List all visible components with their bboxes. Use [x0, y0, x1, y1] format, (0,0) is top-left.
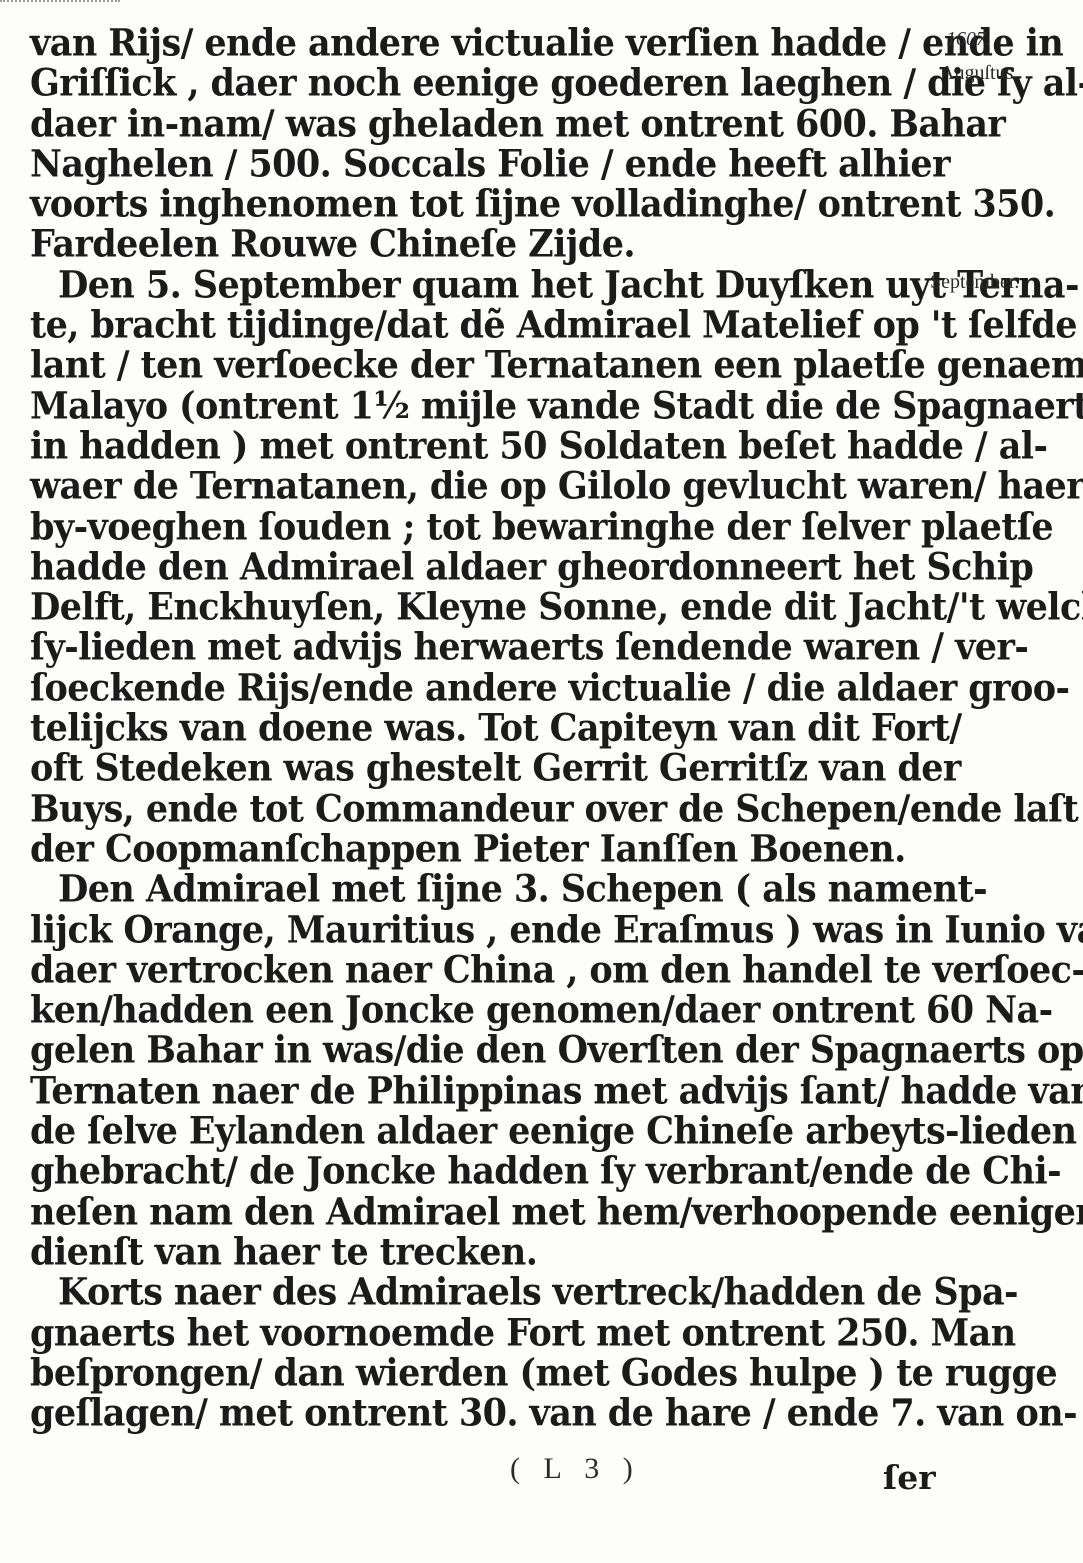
text-line: ſy-lieden met advijs herwaerts ſendende …	[30, 626, 930, 670]
text-line: Naghelen / 500. Soccals Folie / ende hee…	[30, 143, 930, 187]
text-line: lijck Orange, Mauritius , ende Eraſmus )…	[30, 909, 930, 953]
text-line: ſoeckende Rijs/ende andere victualie / d…	[30, 667, 930, 711]
signature-mark: ( L 3 )	[510, 1452, 641, 1486]
text-line: voorts inghenomen tot ſijne volladinghe/…	[30, 183, 930, 227]
text-line: neſen nam den Admirael met hem/verhoopen…	[30, 1191, 930, 1235]
paragraph-start-line: Den 5. September quam het Jacht Duyſken …	[30, 264, 930, 308]
body-text: van Rijs/ ende andere victualie verſien …	[30, 22, 930, 1432]
text-line: Malayo (ontrent 1½ mijle vande Stadt die…	[30, 385, 930, 429]
paragraph-start-line: Den Admirael met ſijne 3. Schepen ( als …	[30, 868, 930, 912]
text-line: lant / ten verſoecke der Ternatanen een …	[30, 344, 930, 388]
text-line: der Coopmanſchappen Pieter Ianſſen Boene…	[30, 828, 930, 872]
text-line: Buys, ende tot Commandeur over de Schepe…	[30, 788, 930, 832]
text-line: Ternaten naer de Philippinas met advijs …	[30, 1070, 930, 1114]
text-line: geſlagen/ met ontrent 30. van de hare / …	[30, 1392, 930, 1436]
text-line: Delft, Enckhuyſen, Kleyne Sonne, ende di…	[30, 586, 930, 630]
text-line: by-voeghen ſouden ; tot bewaringhe der ſ…	[30, 506, 930, 550]
page-top-edge	[0, 0, 120, 6]
paragraph-start-line: Korts naer des Admiraels vertreck/hadden…	[30, 1271, 930, 1315]
text-line: van Rijs/ ende andere victualie verſien …	[30, 22, 930, 66]
text-line: hadde den Admirael aldaer gheordonneert …	[30, 546, 930, 590]
text-line: dienſt van haer te trecken.	[30, 1231, 930, 1275]
text-line: gelen Bahar in was/die den Overſten der …	[30, 1029, 930, 1073]
text-line: daer vertrocken naer China , om den hand…	[30, 949, 930, 993]
catchword: ſer	[883, 1458, 936, 1497]
text-line: de ſelve Eylanden aldaer eenige Chineſe …	[30, 1110, 930, 1154]
text-line: waer de Ternatanen, die op Gilolo gevluc…	[30, 465, 930, 509]
text-line: Fardeelen Rouwe Chineſe Zijde.	[30, 223, 930, 267]
text-line: in hadden ) met ontrent 50 Soldaten beſe…	[30, 425, 930, 469]
margin-note-month: September.	[930, 271, 1019, 294]
text-line: ken/hadden een Joncke genomen/daer ontre…	[30, 989, 930, 1033]
text-line: gnaerts het voornoemde Fort met ontrent …	[30, 1312, 930, 1356]
text-line: ghebracht/ de Joncke hadden ſy verbrant/…	[30, 1150, 930, 1194]
text-line: oft Stedeken was ghestelt Gerrit Gerritſ…	[30, 747, 930, 791]
text-line: daer in-nam/ was gheladen met ontrent 60…	[30, 103, 930, 147]
margin-note-month: Auguſtus.	[940, 62, 1018, 85]
text-line: telijcks van doene was. Tot Capiteyn van…	[30, 707, 930, 751]
text-line: te, bracht tijdinge/dat dẽ Admirael Mate…	[30, 304, 930, 348]
text-line: Griſſick , daer noch eenige goederen lae…	[30, 62, 930, 106]
text-line: beſprongen/ dan wierden (met Godes hulpe…	[30, 1352, 930, 1396]
margin-note-year: 1607.	[946, 28, 991, 51]
